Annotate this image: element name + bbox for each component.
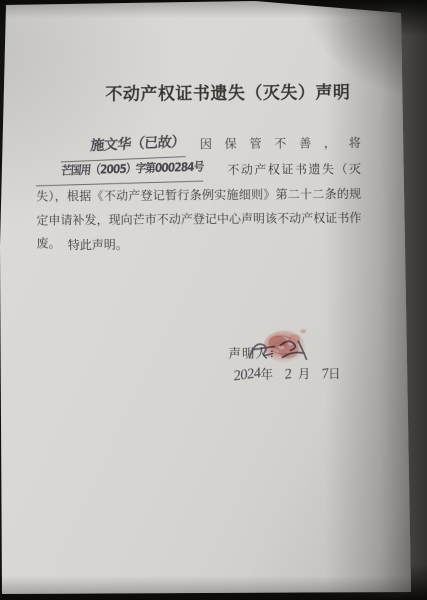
photo-background: 不动产权证书遗失（灭失）声明 施文华（已故）因保管不善，将芒国用（2005）字第… <box>0 0 427 600</box>
month-unit: 月 <box>298 367 312 381</box>
day-unit: 日 <box>328 367 342 381</box>
year-unit: 年 <box>261 368 275 382</box>
page-title: 不动产权证书遗失（灭失）声明 <box>14 77 427 105</box>
document-content: 不动产权证书遗失（灭失）声明 施文华（已故）因保管不善，将芒国用（2005）字第… <box>0 0 427 600</box>
handwritten-certificate-number: 芒国用（2005）字第000284号 <box>36 155 205 185</box>
handwritten-year: 2024 <box>234 365 261 386</box>
handwritten-month: 2 <box>284 366 291 384</box>
closing-statement: 特此声明。 <box>36 235 236 254</box>
document-paper: 不动产权证书遗失（灭失）声明 施文华（已故）因保管不善，将芒国用（2005）字第… <box>0 0 427 600</box>
printed-text-after-name: 因保管不善，将 <box>187 136 361 151</box>
red-fingerprint-seal <box>261 327 309 367</box>
handwritten-day: 7 <box>321 366 328 384</box>
